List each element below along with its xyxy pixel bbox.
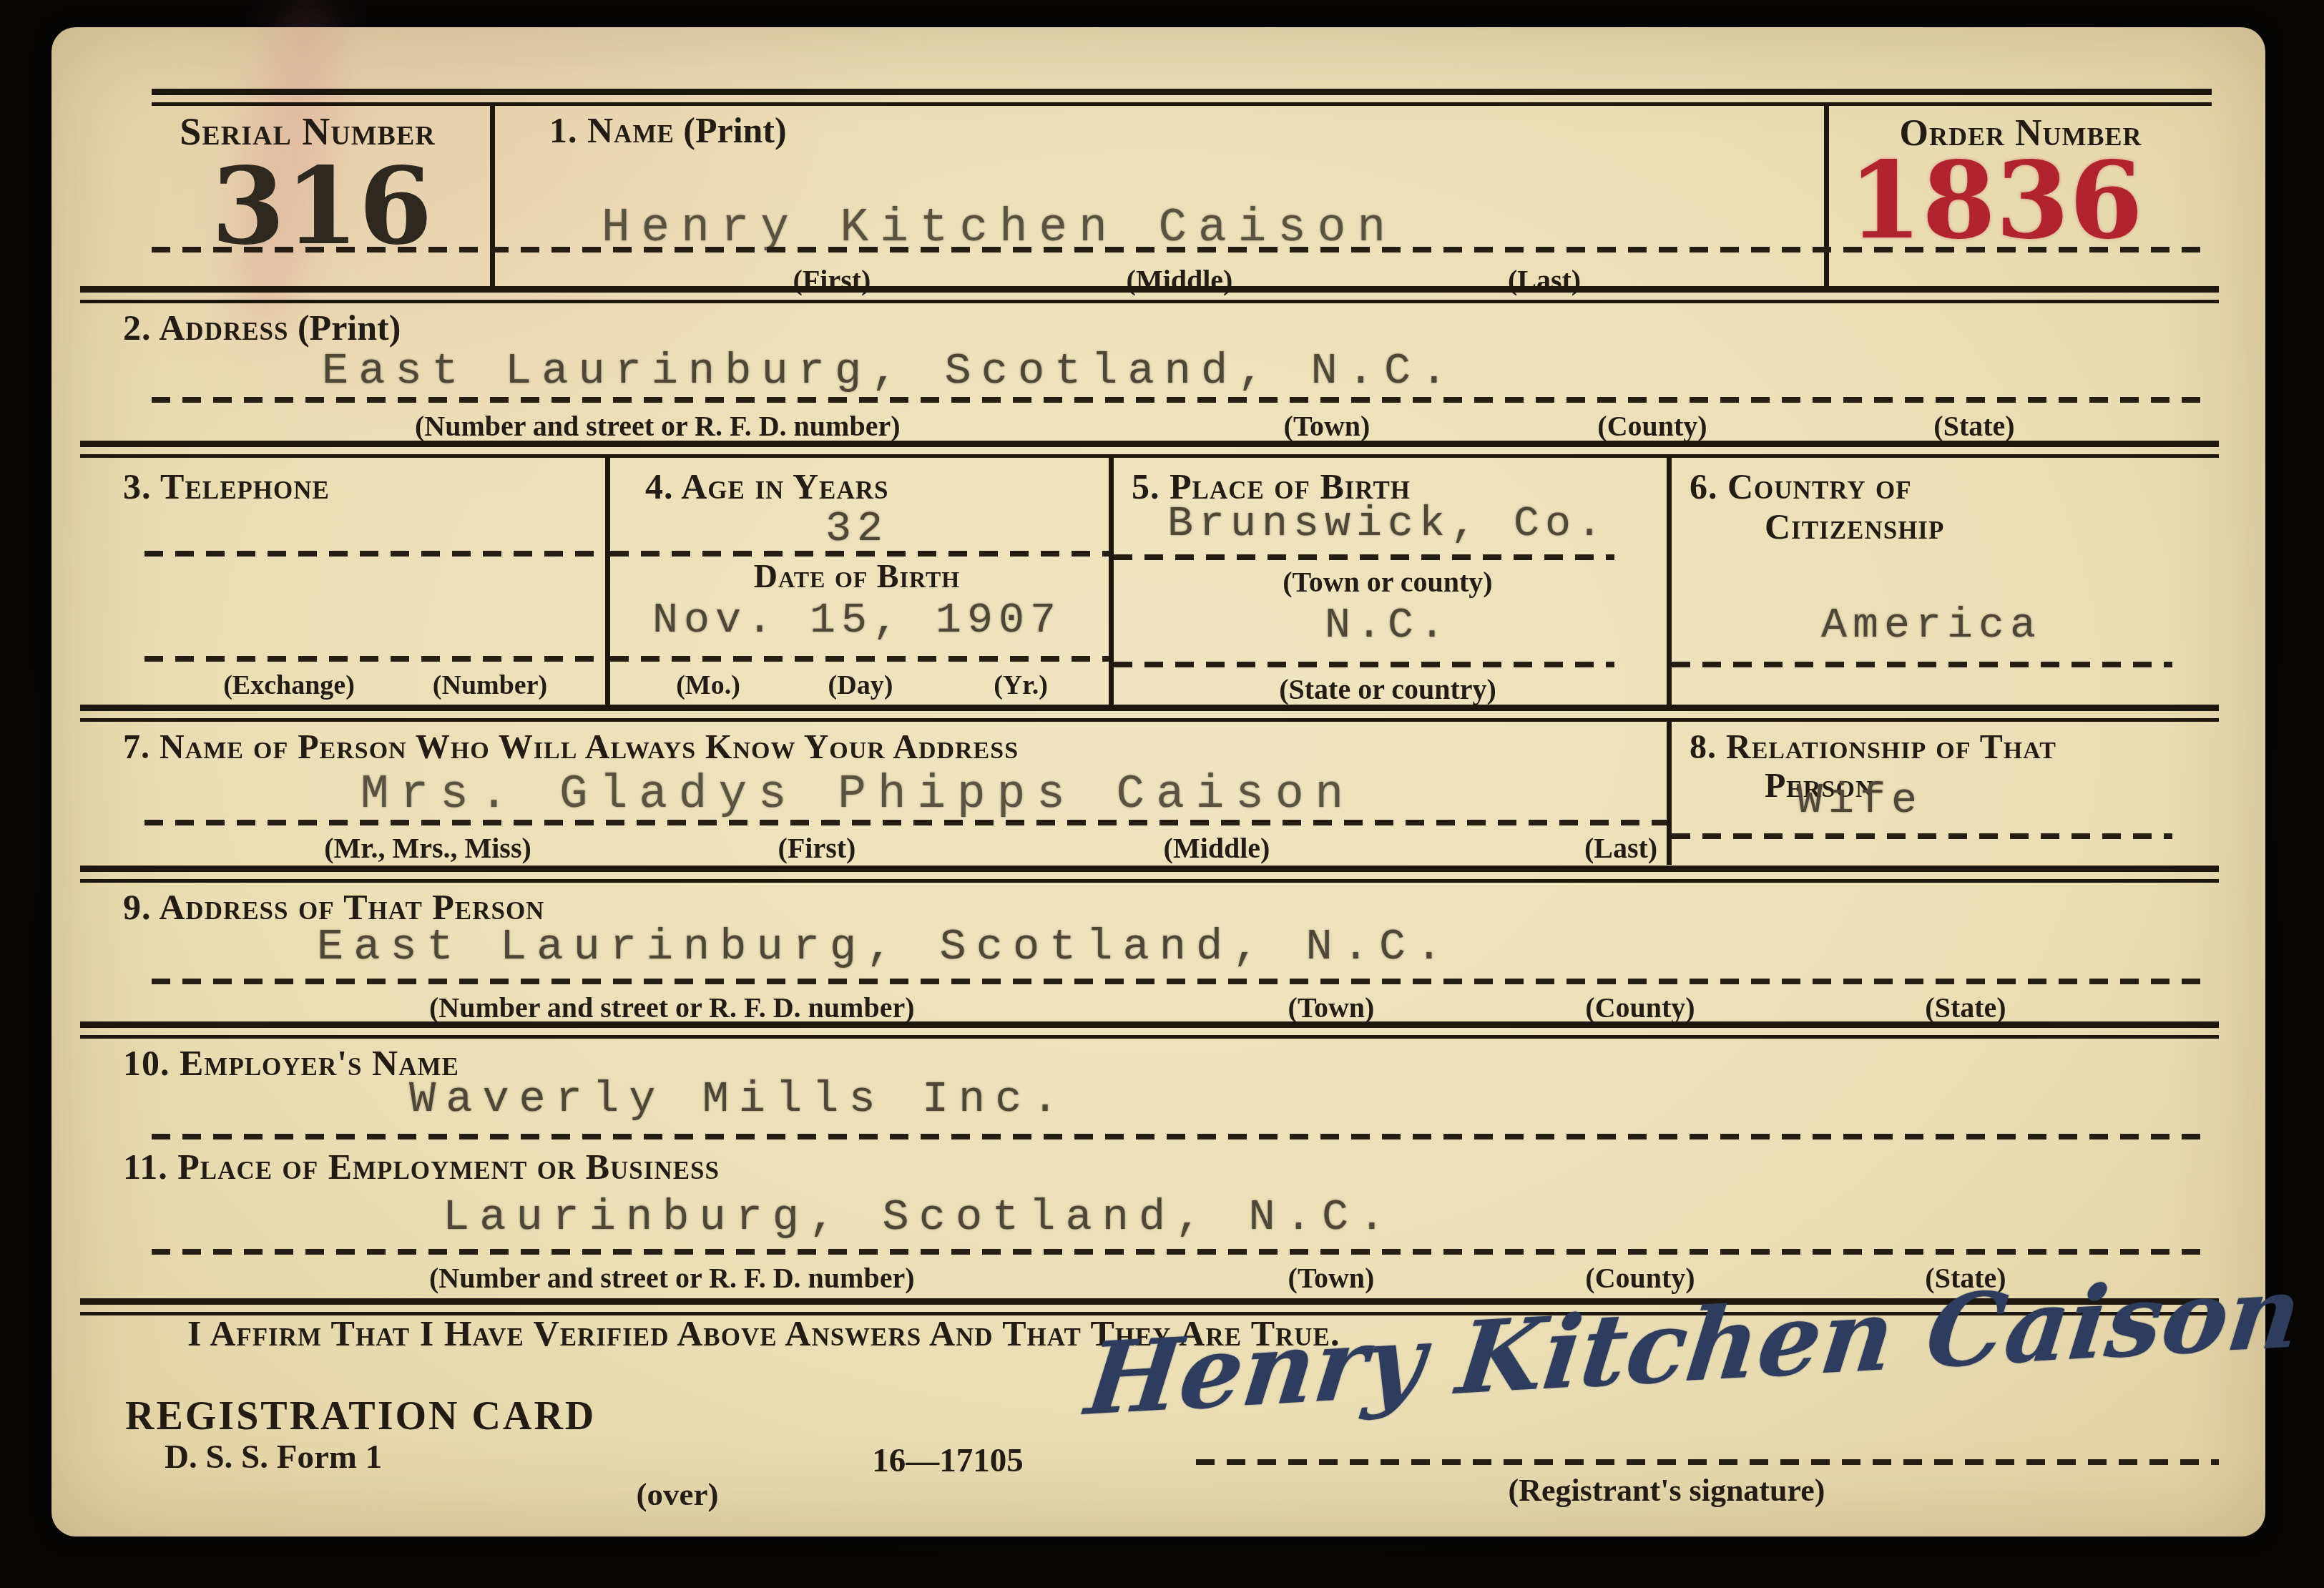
relationship-dash [1672,833,2172,839]
birthplace-sub-state: (State or country) [1109,672,1667,706]
birthplace-dash-2 [1114,662,1614,667]
citizenship-dash [1672,662,2172,667]
employer-value: Waverly Mills Inc. [409,1077,1069,1122]
contact-sub-title: (Mr., Mrs., Miss) [285,831,571,865]
contact-name-label: 7. Name of Person Who Will Always Know Y… [123,728,1019,767]
rule-4 [80,866,2219,883]
row7-dashed-line [144,820,1667,825]
print-code: 16—17105 [840,1441,1055,1480]
age-label: 4. Age in Years [645,466,888,506]
row10-dashed-line [152,1134,2210,1139]
telephone-dash-2 [144,656,595,662]
address-section-label: 2. Address (Print) [123,308,401,348]
citizenship-label: 6. Country of Citizenship [1690,466,1944,547]
row1-dashed-line [152,247,2210,253]
age-dash-2 [610,656,1109,662]
signature-label: (Registrant's signature) [1416,1472,1917,1509]
row2-dashed-line [152,397,2210,403]
rule-2 [80,441,2219,458]
contact-address-value: East Laurinburg, Scotland, N.C. [317,925,1452,969]
birthplace-town-value: Brunswick, Co. [1109,503,1667,546]
scanned-document: Serial Number 316 1. Name (Print) Henry … [0,0,2324,1588]
age-dash-1 [610,551,1109,557]
address-value: East Laurinburg, Scotland, N.C. [322,349,1457,393]
employment-place-label: 11. Place of Employment or Business [123,1147,720,1187]
form-number: D. S. S. Form 1 [165,1438,382,1476]
row9-dashed-line [152,979,2210,984]
name-value: Henry Kitchen Caison [509,205,1489,252]
signature-dashed-line [1196,1459,2219,1465]
telephone-sub-number: (Number) [383,670,597,701]
contact-address-sub-number: (Number and street or R. F. D. number) [429,991,858,1024]
top-rule [152,89,2212,106]
birthplace-dash-1 [1114,554,1614,560]
row11-dashed-line [152,1249,2210,1255]
order-number-value: 1836 [1817,147,2175,253]
citizenship-value: America [1667,604,2196,647]
divider-serial-name [490,104,495,288]
contact-address-sub-state: (State) [1858,991,2073,1024]
address-sub-county: (County) [1545,409,1760,443]
divider-birth-citizen [1667,458,1672,705]
telephone-dash-1 [144,551,595,557]
birthplace-state-value: N.C. [1109,604,1667,647]
contact-sub-first: (First) [710,831,924,865]
serial-number-value: 316 [157,153,486,259]
address-sub-state: (State) [1867,409,2082,443]
rule-3 [80,705,2219,722]
contact-address-sub-town: (Town) [1224,991,1438,1024]
address-sub-number: (Number and street or R. F. D. number) [415,409,844,443]
dob-sub-yr: (Yr.) [913,670,1128,701]
dob-label: Date of Birth [605,558,1109,595]
rule-5 [80,1021,2219,1039]
telephone-label: 3. Telephone [123,466,330,506]
card-title: REGISTRATION CARD [125,1393,596,1439]
employment-place-value: Laurinburg, Scotland, N.C. [443,1195,1395,1240]
address-sub-town: (Town) [1220,409,1434,443]
contact-name-value: Mrs. Gladys Phipps Caison [361,771,1355,818]
age-value: 32 [605,508,1109,551]
dob-value: Nov. 15, 1907 [605,599,1109,642]
registration-card: Serial Number 316 1. Name (Print) Henry … [52,27,2265,1536]
relationship-value: Wife [1797,780,1923,823]
contact-sub-middle: (Middle) [1109,831,1324,865]
telephone-sub-exchange: (Exchange) [182,670,396,701]
employment-sub-town: (Town) [1224,1261,1438,1295]
rule-1 [80,286,2219,303]
over-note: (over) [570,1476,785,1513]
birthplace-sub-town: (Town or county) [1109,565,1667,599]
employment-sub-number: (Number and street or R. F. D. number) [429,1261,858,1295]
name-section-label: 1. Name (Print) [549,110,787,150]
contact-address-sub-county: (County) [1533,991,1747,1024]
